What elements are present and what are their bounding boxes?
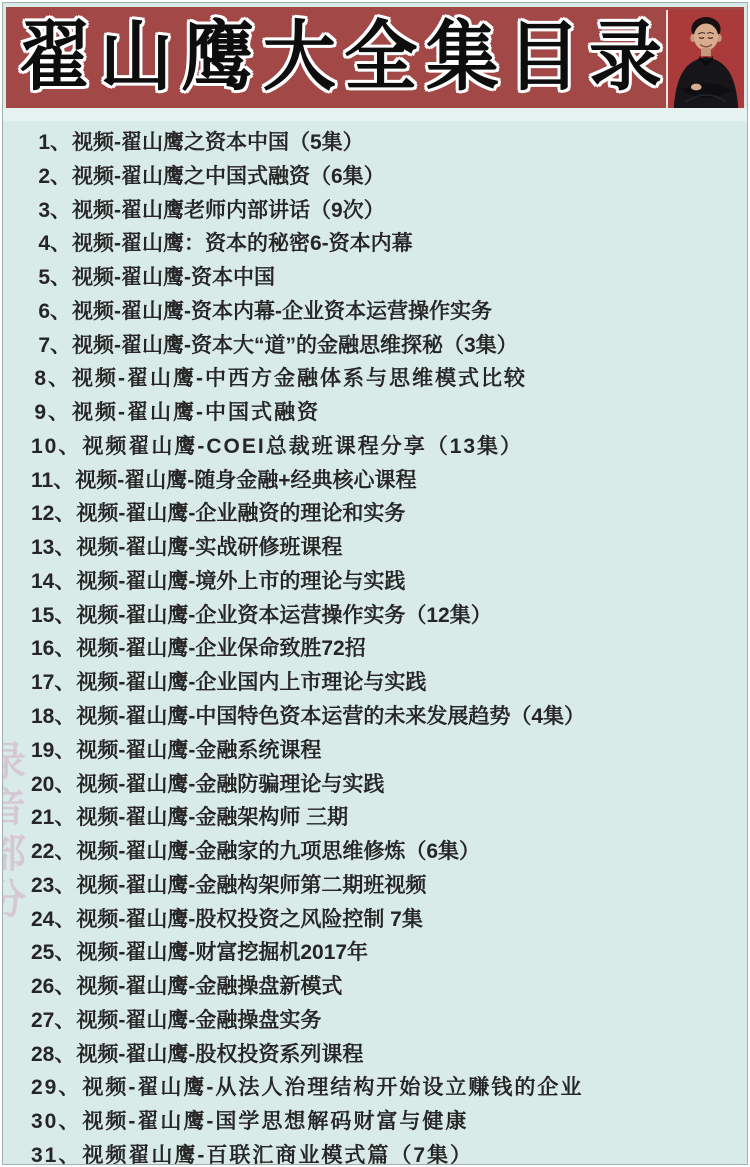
title-char: 全	[344, 9, 417, 106]
list-item: 4、视频-翟山鹰：资本的秘密6-资本内幕	[3, 227, 748, 261]
item-text: 视频-翟山鹰-资本中国	[71, 266, 275, 289]
list-item: 22、视频-翟山鹰-金融家的九项思维修炼（6集）	[3, 835, 748, 869]
portrait-illustration	[668, 10, 744, 108]
item-number: 14、	[31, 565, 75, 599]
item-number: 20、	[31, 768, 75, 802]
item-text: 视频-翟山鹰-国学思想解码财富与健康	[81, 1110, 468, 1133]
list-item: 5、视频-翟山鹰-资本中国	[3, 261, 748, 295]
item-number: 27、	[31, 1004, 75, 1038]
list-item: 13、视频-翟山鹰-实战研修班课程	[3, 531, 748, 565]
list-item: 18、视频-翟山鹰-中国特色资本运营的未来发展趋势（4集）	[3, 700, 748, 734]
list-item: 11、视频-翟山鹰-随身金融+经典核心课程	[3, 464, 748, 498]
item-number: 22、	[31, 835, 75, 869]
list-item: 23、视频-翟山鹰-金融构架师第二期班视频	[3, 869, 748, 903]
item-text: 视频-翟山鹰-资本大“道”的金融思维探秘（3集）	[71, 334, 518, 357]
item-number: 5、	[31, 261, 71, 295]
item-number: 28、	[31, 1038, 75, 1072]
item-number: 29、	[31, 1071, 81, 1105]
item-number: 24、	[31, 903, 75, 937]
item-text: 视频-翟山鹰：资本的秘密6-资本内幕	[71, 232, 413, 255]
item-text: 视频-翟山鹰-中西方金融体系与思维模式比较	[71, 367, 527, 390]
list-item: 6、视频-翟山鹰-资本内幕-企业资本运营操作实务	[3, 295, 748, 329]
title-char: 集	[426, 9, 499, 106]
item-text: 视频-翟山鹰-境外上市的理论与实践	[75, 570, 405, 593]
list-item: 7、视频-翟山鹰-资本大“道”的金融思维探秘（3集）	[3, 329, 748, 363]
item-number: 6、	[31, 295, 71, 329]
title-char: 鹰	[181, 9, 254, 106]
page-title: 翟山鹰大全集目录	[18, 11, 662, 104]
item-text: 视频-翟山鹰-金融系统课程	[75, 739, 321, 762]
list-item: 28、视频-翟山鹰-股权投资系列课程	[3, 1038, 748, 1072]
item-text: 视频-翟山鹰-股权投资系列课程	[75, 1043, 363, 1066]
item-number: 17、	[31, 666, 75, 700]
page-frame: 翟山鹰大全集目录	[2, 2, 748, 1165]
item-number: 25、	[31, 936, 75, 970]
catalog-list: 录音部分 1、视频-翟山鹰之资本中国（5集） 2、视频-翟山鹰之中国式融资（6集…	[3, 121, 748, 1165]
item-number: 16、	[31, 632, 75, 666]
item-number: 2、	[31, 160, 71, 194]
list-item: 29、视频-翟山鹰-从法人治理结构开始设立赚钱的企业	[3, 1071, 748, 1105]
item-text: 视频-翟山鹰-金融操盘实务	[75, 1009, 321, 1032]
list-item: 12、视频-翟山鹰-企业融资的理论和实务	[3, 497, 748, 531]
item-number: 4、	[31, 227, 71, 261]
item-number: 26、	[31, 970, 75, 1004]
item-text: 视频-翟山鹰-资本内幕-企业资本运营操作实务	[71, 300, 492, 323]
title-char: 目	[507, 9, 580, 106]
item-number: 7、	[31, 329, 71, 363]
item-number: 30、	[31, 1105, 81, 1139]
list-item: 27、视频-翟山鹰-金融操盘实务	[3, 1004, 748, 1038]
list-item: 8、视频-翟山鹰-中西方金融体系与思维模式比较	[3, 362, 748, 396]
item-number: 13、	[31, 531, 75, 565]
item-number: 21、	[31, 801, 75, 835]
item-text: 视频-翟山鹰-从法人治理结构开始设立赚钱的企业	[81, 1076, 583, 1099]
item-text: 视频-翟山鹰-中国特色资本运营的未来发展趋势（4集）	[75, 705, 585, 728]
item-number: 9、	[31, 396, 71, 430]
title-char: 山	[100, 9, 173, 106]
item-number: 8、	[31, 362, 71, 396]
item-text: 视频-翟山鹰-企业资本运营操作实务（12集）	[75, 604, 491, 627]
item-number: 10、	[31, 430, 81, 464]
list-item: 1、视频-翟山鹰之资本中国（5集）	[3, 126, 748, 160]
item-number: 15、	[31, 599, 75, 633]
list-item: 31、视频翟山鹰-百联汇商业模式篇（7集）	[3, 1139, 748, 1165]
item-text: 视频-翟山鹰-金融防骗理论与实践	[75, 773, 384, 796]
title-char: 录	[589, 9, 662, 106]
list-item: 10、视频翟山鹰-COEI总裁班课程分享（13集）	[3, 430, 748, 464]
list-item: 24、视频-翟山鹰-股权投资之风险控制 7集	[3, 903, 748, 937]
header-banner: 翟山鹰大全集目录	[6, 7, 744, 108]
item-text: 视频-翟山鹰-金融构架师第二期班视频	[75, 874, 426, 897]
item-text: 视频-翟山鹰-实战研修班课程	[75, 536, 342, 559]
list-item: 2、视频-翟山鹰之中国式融资（6集）	[3, 160, 748, 194]
list-item: 14、视频-翟山鹰-境外上市的理论与实践	[3, 565, 748, 599]
item-number: 31、	[31, 1139, 81, 1165]
portrait-photo	[666, 10, 744, 108]
list-item: 17、视频-翟山鹰-企业国内上市理论与实践	[3, 666, 748, 700]
item-text: 视频-翟山鹰-金融操盘新模式	[75, 975, 342, 998]
item-text: 视频-翟山鹰-财富挖掘机2017年	[75, 941, 368, 964]
item-text: 视频-翟山鹰之资本中国（5集）	[71, 131, 364, 154]
item-text: 视频-翟山鹰老师内部讲话（9次）	[71, 199, 385, 222]
title-char: 大	[263, 9, 336, 106]
list-item: 20、视频-翟山鹰-金融防骗理论与实践	[3, 768, 748, 802]
list-item: 30、视频-翟山鹰-国学思想解码财富与健康	[3, 1105, 748, 1139]
list-item: 21、视频-翟山鹰-金融架构师 三期	[3, 801, 748, 835]
item-number: 19、	[31, 734, 75, 768]
item-text: 视频-翟山鹰-股权投资之风险控制 7集	[75, 908, 423, 931]
item-number: 1、	[31, 126, 71, 160]
list-item: 3、视频-翟山鹰老师内部讲话（9次）	[3, 194, 748, 228]
item-text: 视频翟山鹰-COEI总裁班课程分享（13集）	[81, 435, 523, 458]
list-item: 25、视频-翟山鹰-财富挖掘机2017年	[3, 936, 748, 970]
item-number: 23、	[31, 869, 75, 903]
item-text: 视频-翟山鹰-金融架构师 三期	[75, 806, 348, 829]
item-text: 视频-翟山鹰-企业国内上市理论与实践	[75, 671, 426, 694]
title-char: 翟	[18, 9, 91, 106]
item-text: 视频-翟山鹰之中国式融资（6集）	[71, 165, 385, 188]
list-item: 16、视频-翟山鹰-企业保命致胜72招	[3, 632, 748, 666]
item-text: 视频翟山鹰-百联汇商业模式篇（7集）	[81, 1144, 473, 1165]
item-number: 12、	[31, 497, 75, 531]
item-text: 视频-翟山鹰-企业保命致胜72招	[75, 637, 365, 660]
item-number: 3、	[31, 194, 71, 228]
item-number: 11、	[31, 464, 74, 498]
list-item: 26、视频-翟山鹰-金融操盘新模式	[3, 970, 748, 1004]
item-number: 18、	[31, 700, 75, 734]
item-text: 视频-翟山鹰-企业融资的理论和实务	[75, 502, 405, 525]
item-text: 视频-翟山鹰-中国式融资	[71, 401, 320, 424]
list-item: 15、视频-翟山鹰-企业资本运营操作实务（12集）	[3, 599, 748, 633]
item-text: 视频-翟山鹰-金融家的九项思维修炼（6集）	[75, 840, 480, 863]
item-text: 视频-翟山鹰-随身金融+经典核心课程	[74, 469, 416, 492]
list-item: 9、视频-翟山鹰-中国式融资	[3, 396, 748, 430]
banner-divider	[3, 108, 748, 121]
list-item: 19、视频-翟山鹰-金融系统课程	[3, 734, 748, 768]
